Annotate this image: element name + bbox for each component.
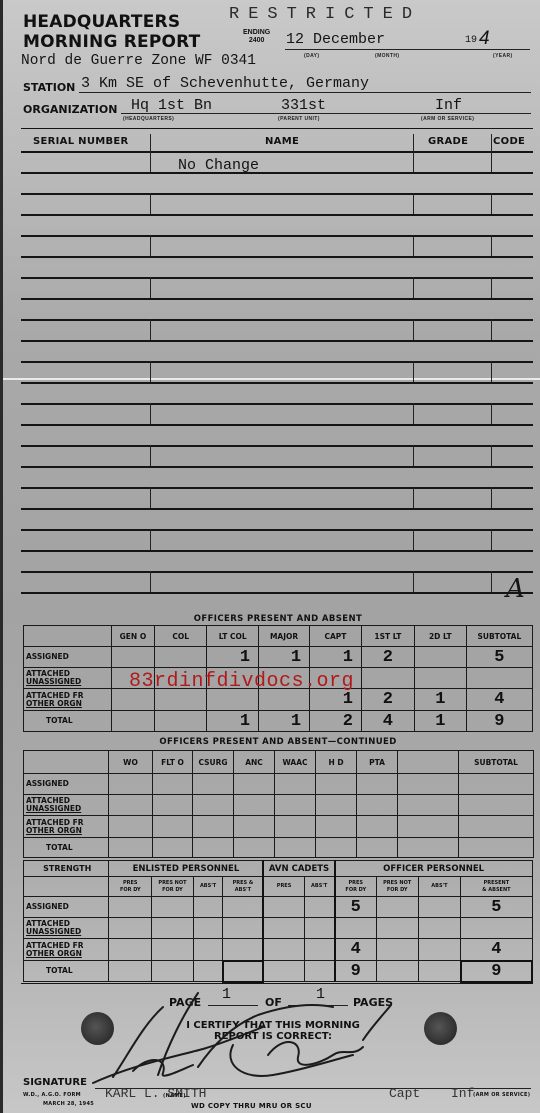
- month-caption: (MONTH): [375, 53, 399, 59]
- col-1st-lt: 1ST LT: [361, 626, 414, 647]
- handwritten-signature: [73, 985, 413, 1095]
- form-id: W.D., A.G.O. FORM: [23, 1092, 81, 1098]
- org-arm-service: Inf: [435, 97, 462, 114]
- row-assigned: ASSIGNED 1 1 1 2 5: [24, 647, 533, 668]
- org-parent-unit: 331st: [281, 97, 326, 114]
- strength-header: STRENGTH: [24, 861, 109, 877]
- headquarters-caption: (HEADQUARTERS): [123, 116, 174, 122]
- col-col: COL: [155, 626, 207, 647]
- punch-hole-right: [424, 1012, 457, 1045]
- col-grade: GRADE: [428, 136, 468, 147]
- row-total: TOTAL 1 1 2 4 1 9: [24, 711, 533, 732]
- col-code: CODE: [493, 136, 525, 147]
- title-line-1: HEADQUARTERS: [23, 12, 200, 32]
- officers-continued-title: OFFICERS PRESENT AND ABSENT—CONTINUED: [23, 737, 533, 747]
- strength-row-attached-fr-other-orgn: ATTACHED FROTHER ORGN 4 4: [24, 939, 533, 961]
- col-lt-col: LT COL: [207, 626, 259, 647]
- form-date: MARCH 28, 1945: [43, 1101, 94, 1107]
- arm-service-caption: (ARM OR SERVICE): [473, 1092, 530, 1098]
- signer-rank: Capt: [389, 1086, 420, 1101]
- strength-row-attached-unassigned: ATTACHEDUNASSIGNED: [24, 918, 533, 939]
- organization-label: ORGANIZATION: [23, 103, 117, 116]
- day-caption: (DAY): [304, 53, 319, 59]
- org-headquarters: Hq 1st Bn: [131, 97, 212, 114]
- report-date: 12 December: [286, 31, 385, 48]
- group-officer: OFFICER PERSONNEL: [335, 861, 532, 877]
- col-name: NAME: [265, 136, 299, 147]
- col-gen-o: GEN O: [111, 626, 155, 647]
- name-caption: (NAME): [163, 1093, 186, 1099]
- col-pta: PTA: [357, 751, 398, 774]
- col-hd: H D: [316, 751, 357, 774]
- group-avn-cadets: AVN CADETS: [263, 861, 334, 877]
- ending-word: ENDING: [243, 29, 270, 37]
- year-handwritten: 4: [479, 28, 490, 50]
- col-anc: ANC: [234, 751, 275, 774]
- officers-table-title: OFFICERS PRESENT AND ABSENT: [23, 614, 533, 624]
- signer-branch: Inf: [451, 1086, 474, 1101]
- watermark: 83rdinfdivdocs.org: [129, 670, 354, 693]
- ending-label: ENDING 2400: [243, 29, 270, 45]
- col-major: MAJOR: [259, 626, 310, 647]
- col-subtotal: SUBTOTAL: [459, 751, 534, 774]
- year-prefix: 19: [465, 35, 477, 46]
- title-line-2: MORNING REPORT: [23, 32, 200, 52]
- col-wo: WO: [109, 751, 153, 774]
- strength-row-total: TOTAL 9 9: [24, 961, 533, 982]
- station-label: STATION: [23, 81, 75, 94]
- location-line: Nord de Guerre Zone WF 0341: [21, 53, 256, 69]
- col-serial-number: SERIAL NUMBER: [33, 136, 129, 147]
- col-subtotal: SUBTOTAL: [466, 626, 532, 647]
- year-caption: (YEAR): [493, 53, 513, 59]
- col-2d-lt: 2D LT: [414, 626, 466, 647]
- form-title: HEADQUARTERS MORNING REPORT: [23, 12, 200, 52]
- ending-time: 2400: [243, 37, 270, 45]
- col-csurg: CSURG: [193, 751, 234, 774]
- arm-service-caption: (ARM OR SERVICE): [421, 116, 474, 122]
- officers-continued-table: WO FLT O CSURG ANC WAAC H D PTA SUBTOTAL…: [23, 750, 534, 858]
- col-flt-o: FLT O: [153, 751, 193, 774]
- margin-mark: A: [506, 574, 525, 604]
- classification-stamp: RESTRICTED: [229, 5, 421, 24]
- strength-row-assigned: ASSIGNED 5 5: [24, 897, 533, 918]
- strength-table: STRENGTH ENLISTED PERSONNEL AVN CADETS O…: [23, 860, 533, 983]
- morning-report-form: HEADQUARTERS MORNING REPORT RESTRICTED E…: [0, 0, 540, 1113]
- parent-unit-caption: (PARENT UNIT): [278, 116, 320, 122]
- signature-label: SIGNATURE: [23, 1077, 87, 1088]
- group-enlisted: ENLISTED PERSONNEL: [109, 861, 264, 877]
- routing-note: WD COPY THRU MRU OR SCU: [191, 1102, 312, 1110]
- col-capt: CAPT: [310, 626, 362, 647]
- signer-name: KARL L. SMITH: [105, 1086, 206, 1101]
- station-value: 3 Km SE of Schevenhutte, Germany: [81, 75, 369, 92]
- col-waac: WAAC: [275, 751, 316, 774]
